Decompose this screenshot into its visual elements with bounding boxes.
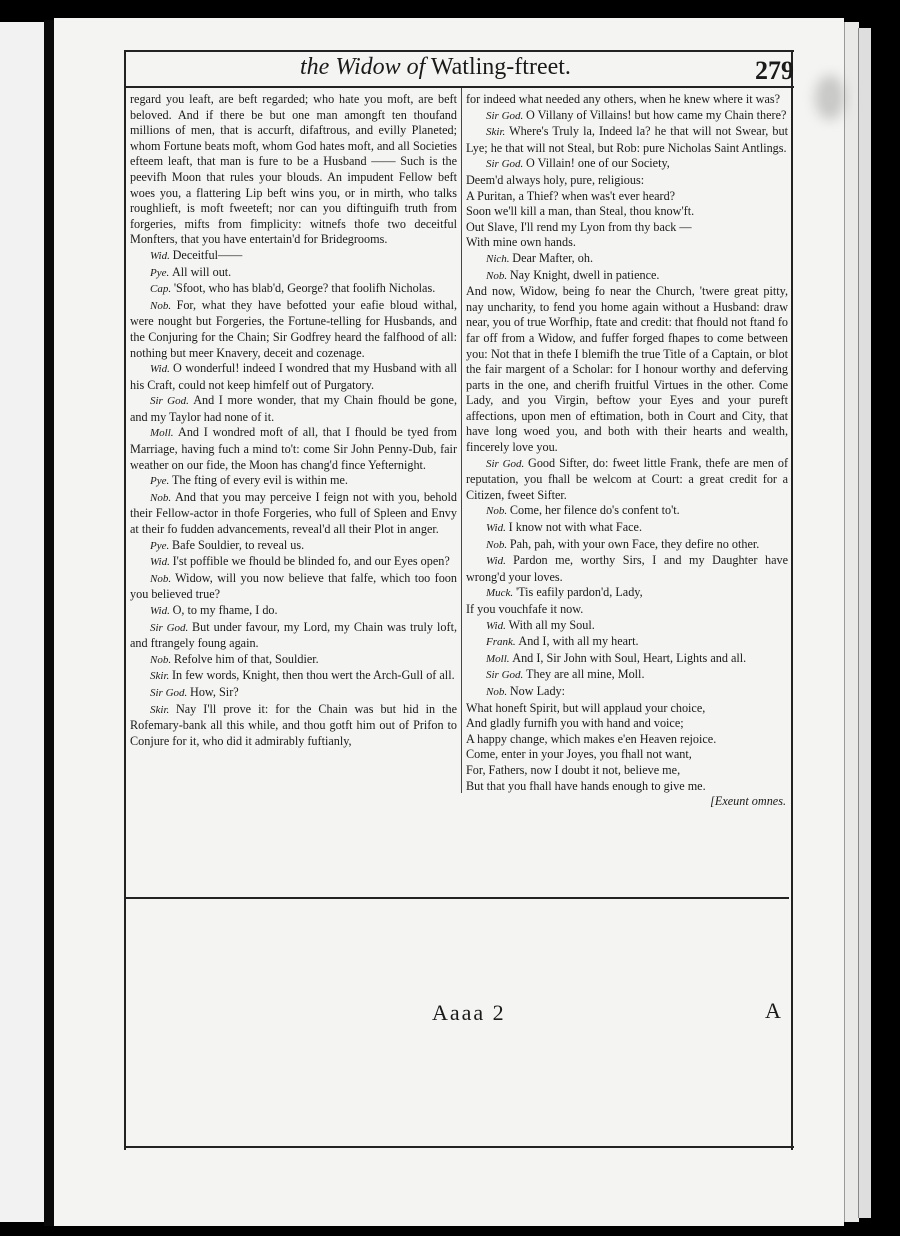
speech-text: A happy change, which makes e'en Heaven …	[466, 732, 716, 746]
speech-text: Bafe Souldier, to reveal us.	[172, 538, 304, 552]
prose-paragraph: for indeed what needed any others, when …	[466, 92, 788, 108]
header-rule	[124, 86, 794, 88]
page-edge	[858, 28, 871, 1218]
speech-text: And I, with all my heart.	[518, 634, 638, 648]
speaker-name: Nob.	[486, 539, 510, 551]
verse-line: But that you fhall have hands enough to …	[466, 779, 788, 795]
speaker-name: Wid.	[150, 605, 173, 617]
speech-text: O Villain! one of our Society,	[526, 156, 670, 170]
speaker-name: Frank.	[486, 636, 518, 648]
speech-text: And now, Widow, being fo near the Church…	[466, 284, 788, 454]
top-rule	[124, 50, 794, 52]
speech: Muck. 'Tis eafily pardon'd, Lady,	[466, 585, 788, 602]
verse-line: And gladly furnifh you with hand and voi…	[466, 716, 788, 732]
speech-text: O, to my fhame, I do.	[173, 603, 278, 617]
speech: Nob. And that you may perceive I feign n…	[130, 490, 457, 538]
speech-text: With mine own hands.	[466, 235, 576, 249]
book-gutter	[44, 20, 54, 1226]
verse-line: Out Slave, I'll rend my Lyon from thy ba…	[466, 220, 788, 236]
speech: Nob. Now Lady:	[466, 684, 788, 701]
speech: Wid. I know not with what Face.	[466, 520, 788, 537]
speaker-name: Skir.	[150, 670, 172, 682]
column-divider	[461, 88, 462, 793]
speech: Wid. I'st poffible we fhould be blinded …	[130, 554, 457, 571]
speaker-name: Pye.	[150, 475, 172, 487]
middle-rule	[124, 897, 789, 899]
speech-text: regard you leaft, are beft regarded; who…	[130, 92, 457, 246]
page-number: 279	[755, 56, 794, 86]
speaker-name: Nob.	[150, 654, 174, 666]
speaker-name: Wid.	[150, 250, 173, 262]
speech-text: I'st poffible we fhould be blinded fo, a…	[173, 554, 450, 568]
speech: Sir God. They are all mine, Moll.	[466, 667, 788, 684]
speaker-name: Nob.	[486, 686, 510, 698]
speaker-name: Moll.	[150, 427, 178, 439]
speech-text: For, Fathers, now I doubt it not, believ…	[466, 763, 680, 777]
verse-line: A happy change, which makes e'en Heaven …	[466, 732, 788, 748]
speech: Wid. O, to my fhame, I do.	[130, 603, 457, 620]
speech: Skir. Nay I'll prove it: for the Chain w…	[130, 702, 457, 750]
speaker-name: Pye.	[150, 267, 172, 279]
speech-text: And I, Sir John with Soul, Heart, Lights…	[512, 651, 746, 665]
speech: Frank. And I, with all my heart.	[466, 634, 788, 651]
speech: Cap. 'Sfoot, who has blab'd, George? tha…	[130, 281, 457, 298]
speech: Nob. Pah, pah, with your own Face, they …	[466, 537, 788, 554]
speaker-name: Sir God.	[150, 395, 193, 407]
speaker-name: Cap.	[150, 283, 174, 295]
bottom-rule	[124, 1146, 794, 1148]
speech-text: Refolve him of that, Souldier.	[174, 652, 319, 666]
speech-text: With all my Soul.	[509, 618, 595, 632]
speech-text: But that you fhall have hands enough to …	[466, 779, 706, 793]
speech: Nob. Come, her filence do's confent to't…	[466, 503, 788, 520]
speech-text: All will out.	[172, 265, 231, 279]
speech-text: A Puritan, a Thief? when was't ever hear…	[466, 189, 675, 203]
speech: Nob. Refolve him of that, Souldier.	[130, 652, 457, 669]
speech-text: I know not with what Face.	[509, 520, 642, 534]
speech: Sir God. How, Sir?	[130, 685, 457, 702]
speech-text: In few words, Knight, then thou wert the…	[172, 668, 455, 682]
paper-stain	[815, 75, 845, 120]
speaker-name: Nob.	[486, 505, 510, 517]
speech-text: O wonderful! indeed I wondred that my Hu…	[130, 361, 457, 392]
speaker-name: Sir God.	[150, 622, 192, 634]
speaker-name: Nob.	[150, 573, 175, 585]
speaker-name: Sir God.	[486, 669, 526, 681]
speech-text: Out Slave, I'll rend my Lyon from thy ba…	[466, 220, 692, 234]
right-column: for indeed what needed any others, when …	[466, 92, 788, 810]
speaker-name: Nich.	[486, 253, 512, 265]
speech-text: Come, her filence do's confent to't.	[510, 503, 680, 517]
speech-text: And I wondred moft of all, that I fhould…	[130, 425, 457, 471]
speech: Moll. And I wondred moft of all, that I …	[130, 425, 457, 473]
prose-paragraph: And now, Widow, being fo near the Church…	[466, 284, 788, 456]
speech: Wid. O wonderful! indeed I wondred that …	[130, 361, 457, 393]
speaker-name: Wid.	[150, 363, 173, 375]
speech-text: They are all mine, Moll.	[526, 667, 644, 681]
verse-line: If you vouchfafe it now.	[466, 602, 788, 618]
speaker-name: Muck.	[486, 587, 516, 599]
speaker-name: Wid.	[486, 620, 509, 632]
speaker-name: Sir God.	[486, 458, 528, 470]
speech: Pye. Bafe Souldier, to reveal us.	[130, 538, 457, 555]
speech-text: Deem'd always holy, pure, religious:	[466, 173, 644, 187]
speech: Sir God. And I more wonder, that my Chai…	[130, 393, 457, 425]
speech: Wid. With all my Soul.	[466, 618, 788, 635]
speech-text: Dear Mafter, oh.	[512, 251, 593, 265]
facing-page-edge	[0, 22, 44, 1222]
verse-line: Deem'd always holy, pure, religious:	[466, 173, 788, 189]
speech-text: Soon we'll kill a man, than Steal, thou …	[466, 204, 694, 218]
speech-text: 'Sfoot, who has blab'd, George? that foo…	[174, 281, 435, 295]
speaker-name: Nob.	[150, 300, 177, 312]
speech: Wid. Deceitful——	[130, 248, 457, 265]
verse-line: With mine own hands.	[466, 235, 788, 251]
speech-text: The fting of every evil is within me.	[172, 473, 348, 487]
speech: Wid. Pardon me, worthy Sirs, I and my Da…	[466, 553, 788, 585]
speech: Skir. Where's Truly la, Indeed la? he th…	[466, 124, 788, 156]
speech-text: And gladly furnifh you with hand and voi…	[466, 716, 684, 730]
page-edge	[844, 22, 859, 1222]
speech: Nob. Nay Knight, dwell in patience.	[466, 268, 788, 285]
speech-text: Nay Knight, dwell in patience.	[510, 268, 660, 282]
speech-text: Come, enter in your Joyes, you fhall not…	[466, 747, 692, 761]
speech: Nob. For, what they have befotted your e…	[130, 298, 457, 361]
prose-paragraph: regard you leaft, are beft regarded; who…	[130, 92, 457, 248]
title-roman-part: Watling-ftreet.	[431, 54, 571, 80]
speaker-name: Sir God.	[486, 110, 526, 122]
speech: Sir God. O Villany of Villains! but how …	[466, 108, 788, 125]
speech-text: What honeft Spirit, but will applaud you…	[466, 701, 705, 715]
speaker-name: Skir.	[150, 704, 176, 716]
speaker-name: Sir God.	[150, 687, 190, 699]
speech-text: Now Lady:	[510, 684, 565, 698]
title-italic-of: of	[407, 54, 426, 80]
verse-line: Come, enter in your Joyes, you fhall not…	[466, 747, 788, 763]
speaker-name: Wid.	[150, 556, 173, 568]
speech: Pye. All will out.	[130, 265, 457, 282]
speaker-name: Skir.	[486, 126, 509, 138]
speaker-name: Wid.	[486, 522, 509, 534]
speech: Pye. The fting of every evil is within m…	[130, 473, 457, 490]
speech-text: O Villany of Villains! but how came my C…	[526, 108, 786, 122]
running-title: the Widow of Watling-ftreet.	[300, 54, 571, 81]
speaker-name: Nob.	[486, 270, 510, 282]
speaker-name: Nob.	[150, 492, 175, 504]
speech: Moll. And I, Sir John with Soul, Heart, …	[466, 651, 788, 668]
speech-text: Deceitful——	[173, 248, 243, 262]
speech-text: Pah, pah, with your own Face, they defir…	[510, 537, 759, 551]
speech-text: 'Tis eafily pardon'd, Lady,	[516, 585, 643, 599]
speech-text: Pardon me, worthy Sirs, I and my Daughte…	[466, 553, 788, 584]
verse-line: A Puritan, a Thief? when was't ever hear…	[466, 189, 788, 205]
speaker-name: Pye.	[150, 540, 172, 552]
speech-text: for indeed what needed any others, when …	[466, 92, 780, 106]
speaker-name: Sir God.	[486, 158, 526, 170]
left-column: regard you leaft, are beft regarded; who…	[130, 92, 457, 749]
stage-direction: [Exeunt omnes.	[466, 794, 788, 810]
verse-line: What honeft Spirit, but will applaud you…	[466, 701, 788, 717]
speech-text: If you vouchfafe it now.	[466, 602, 583, 616]
catchword: A	[765, 998, 781, 1024]
speech-text: And that you may perceive I feign not wi…	[130, 490, 457, 536]
speech: Sir God. Good Sifter, do: fweet little F…	[466, 456, 788, 504]
speech: Sir God. But under favour, my Lord, my C…	[130, 620, 457, 652]
speaker-name: Wid.	[486, 555, 513, 567]
speech-text: How, Sir?	[190, 685, 239, 699]
speaker-name: Moll.	[486, 653, 512, 665]
speech-text: Where's Truly la, Indeed la? he that wil…	[466, 124, 788, 155]
speech-text: Nay I'll prove it: for the Chain was but…	[130, 702, 457, 748]
speech: Nich. Dear Mafter, oh.	[466, 251, 788, 268]
speech-text: For, what they have befotted your eafie …	[130, 298, 457, 360]
signature-mark: Aaaa 2	[432, 1000, 506, 1026]
speech: Skir. In few words, Knight, then thou we…	[130, 668, 457, 685]
verse-line: For, Fathers, now I doubt it not, believ…	[466, 763, 788, 779]
verse-line: Soon we'll kill a man, than Steal, thou …	[466, 204, 788, 220]
speech-text: Widow, will you now believe that falfe, …	[130, 571, 457, 602]
title-italic-part: the Widow	[300, 54, 401, 80]
speech: Sir God. O Villain! one of our Society,	[466, 156, 788, 173]
speech: Nob. Widow, will you now believe that fa…	[130, 571, 457, 603]
